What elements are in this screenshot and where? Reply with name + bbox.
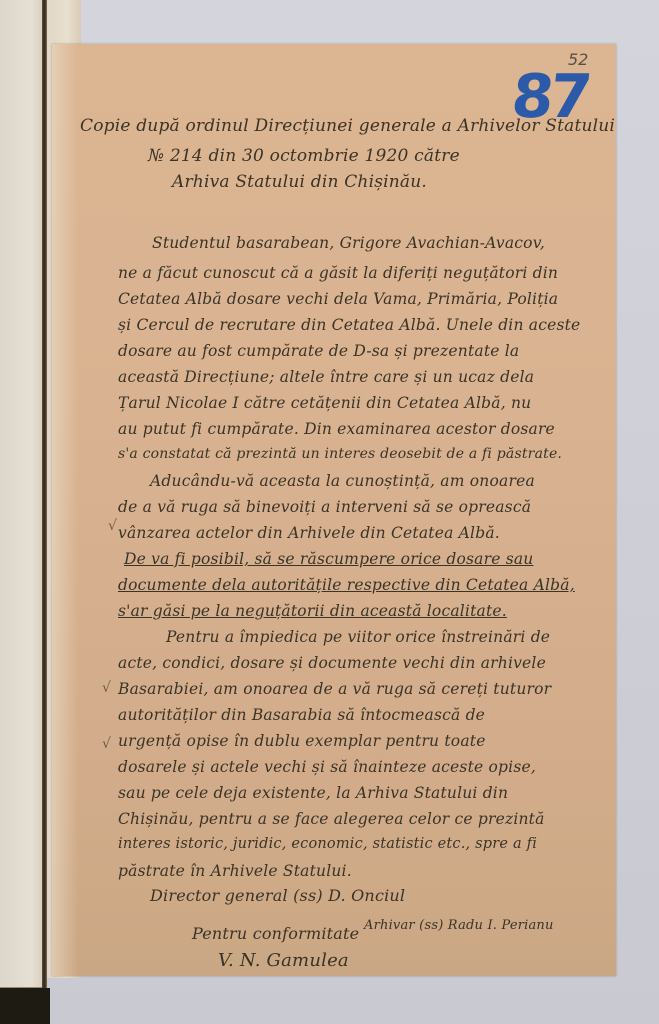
body-line: Cetatea Albă dosare vechi dela Vama, Pri…	[118, 290, 558, 308]
body-line: Studentul basarabean, Grigore Avachian-A…	[152, 234, 545, 252]
body-line: autorităților din Basarabia să întocmeas…	[118, 706, 485, 724]
body-line-underlined: documente dela autoritățile respective d…	[118, 576, 575, 594]
body-line: acte, condici, dosare și documente vechi…	[118, 654, 546, 672]
certifier-signature: V. N. Gamulea	[218, 950, 349, 971]
heading-line-1: Copie după ordinul Direcțiunei generale …	[80, 116, 615, 136]
binder-left-page	[0, 0, 44, 988]
body-line: au putut fi cumpărate. Din examinarea ac…	[118, 420, 555, 438]
body-line: această Direcțiune; altele între care și…	[118, 368, 534, 386]
body-line: dosare au fost cumpărate de D-sa și prez…	[118, 342, 519, 360]
director-signature: Director general (ss) D. Onciul	[150, 886, 405, 905]
certification-label: Pentru conformitate	[192, 924, 359, 943]
heading-line-3: Arhiva Statului din Chișinău.	[172, 172, 427, 192]
body-line: Pentru a împiedica pe viitor orice înstr…	[166, 628, 550, 646]
body-line: interes istoric, juridic, economic, stat…	[118, 836, 537, 852]
margin-check-mark: √	[102, 680, 111, 696]
archivist-signature: Arhivar (ss) Radu I. Perianu	[364, 918, 554, 933]
body-line: Țarul Nicolae I către cetățenii din Ceta…	[118, 394, 531, 412]
body-line: dosarele și actele vechi și să înainteze…	[118, 758, 536, 776]
dark-corner	[0, 988, 50, 1024]
body-line: vânzarea actelor din Arhivele din Cetate…	[118, 524, 500, 542]
body-line: de a vă ruga să binevoiți a interveni să…	[118, 498, 531, 516]
body-line: Aducându-vă aceasta la cunoștință, am on…	[150, 472, 535, 490]
body-line: urgență opise în dublu exemplar pentru t…	[118, 732, 486, 750]
body-line-underlined: De va fi posibil, să se răscumpere orice…	[124, 550, 534, 568]
body-line: și Cercul de recrutare din Cetatea Albă.…	[118, 316, 580, 334]
margin-check-mark: √	[108, 518, 117, 534]
heading-line-2: № 214 din 30 octombrie 1920 către	[148, 146, 460, 166]
body-line: s'a constatat că prezintă un interes deo…	[118, 446, 562, 462]
body-line-underlined: s'ar găsi pe la neguțătorii din această …	[118, 602, 507, 620]
body-line: sau pe cele deja existente, la Arhiva St…	[118, 784, 508, 802]
body-line: ne a făcut cunoscut că a găsit la diferi…	[118, 264, 558, 282]
margin-check-mark: √	[102, 736, 111, 752]
body-line: Chișinău, pentru a se face alegerea celo…	[118, 810, 545, 828]
body-line: Basarabiei, am onoarea de a vă ruga să c…	[118, 680, 551, 698]
body-line: păstrate în Arhivele Statului.	[118, 862, 352, 880]
